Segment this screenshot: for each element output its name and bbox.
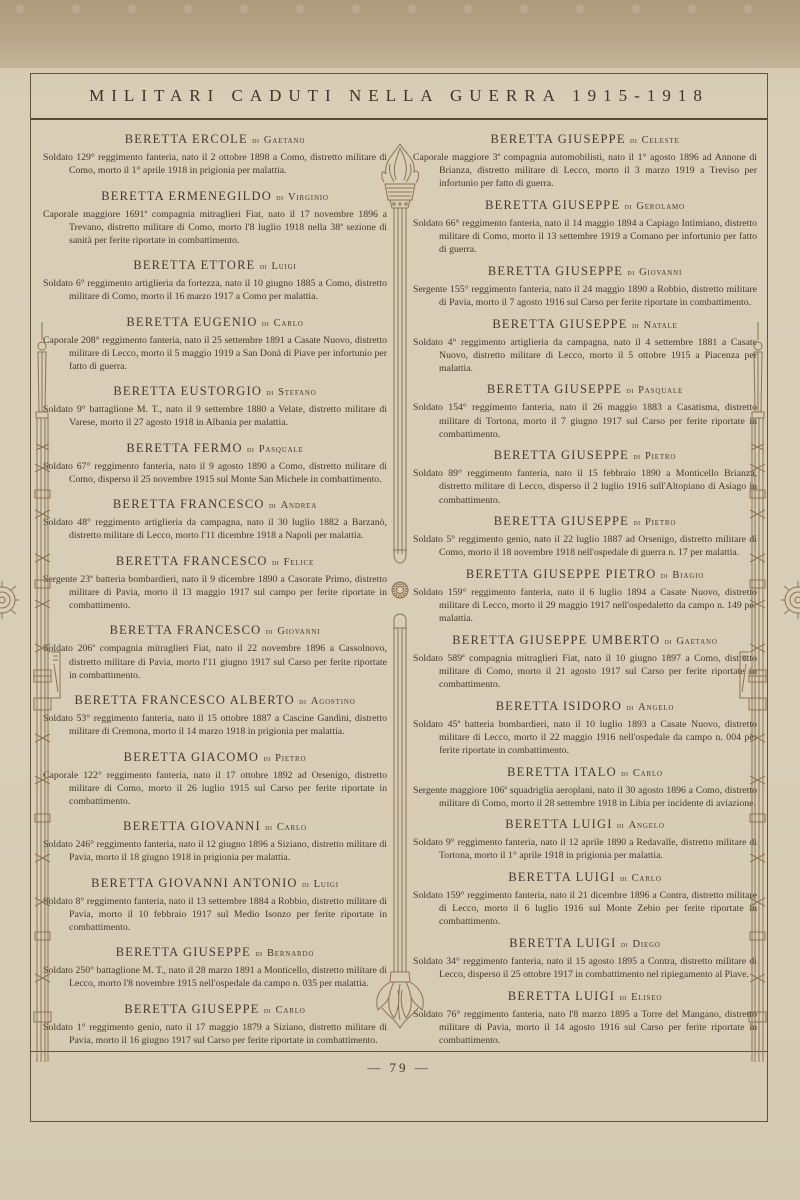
entry-di-connector: di [255,948,262,958]
entry-name: BERETTA ERMENEGILDO [101,189,272,203]
entry-name: BERETTA FERMO [126,441,242,455]
entry-di-connector: di [247,444,254,454]
emboss-texture [0,2,800,16]
entry-heading: BERETTA LUIGI di Angelo [413,817,757,832]
entry-body-text: Soldato 67° reggimento fanteria, nato il… [43,460,387,486]
entry-body-text: Soldato 89° reggimento fanteria, nato il… [413,467,757,506]
entry-di-connector: di [276,192,283,202]
column-left: BERETTA ERCOLE di Gaetano Soldato 129° r… [43,132,387,1047]
entry-name: BERETTA FRANCESCO [113,497,265,511]
casualty-entry: BERETTA ERMENEGILDO di Virginio Caporale… [43,189,387,247]
entry-father-name: Eliseo [631,992,662,1003]
casualty-entry: BERETTA GIOVANNI ANTONIO di Luigi Soldat… [43,876,387,934]
entry-di-connector: di [626,385,633,395]
casualty-entry: BERETTA LUIGI di Eliseo Soldato 76° regg… [413,989,757,1047]
entry-name: BERETTA GIACOMO [124,750,259,764]
entry-body-text: Soldato 48° reggimento artiglieria da ca… [43,516,387,542]
entry-heading: BERETTA LUIGI di Diego [413,936,757,951]
casualty-entry: BERETTA GIUSEPPE di Pasquale Soldato 154… [413,382,757,440]
entry-heading: BERETTA ETTORE di Luigi [43,258,387,273]
page-title: MILITARI CADUTI NELLA GUERRA 1915-1918 [89,86,709,106]
entry-name: BERETTA GIOVANNI [123,819,261,833]
entry-name: BERETTA GIOVANNI ANTONIO [91,876,298,890]
entry-heading: BERETTA GIUSEPPE di Natale [413,317,757,332]
entry-heading: BERETTA ISIDORO di Angelo [413,699,757,714]
casualty-entry: BERETTA EUSTORGIO di Stefano Soldato 9° … [43,384,387,429]
entry-body-text: Soldato 66° reggimento fanteria, nato il… [413,217,757,256]
footer-band: — 79 — [31,1051,767,1084]
entry-body-text: Caporale maggiore 1691ª compagnia mitrag… [43,208,387,247]
masthead: MILITARI CADUTI NELLA GUERRA 1915-1918 [31,74,767,120]
entry-father-name: Gerolamo [636,201,685,212]
entry-body-text: Soldato 154° reggimento fanteria, nato i… [413,401,757,440]
entry-body-text: Soldato 8° reggimento fanteria, nato il … [43,895,387,934]
entry-father-name: Pietro [275,753,306,764]
entry-body-text: Soldato 250° battaglione M. T., nato il … [43,964,387,990]
casualty-entry: BERETTA GIOVANNI di Carlo Soldato 246° r… [43,819,387,864]
entry-father-name: Gaetano [676,636,717,647]
entry-di-connector: di [625,201,632,211]
entry-name: BERETTA GIUSEPPE [124,1002,259,1016]
entry-di-connector: di [265,822,272,832]
entry-body-text: Soldato 589ª compagnia mitraglieri Fiat,… [413,652,757,691]
entry-name: BERETTA ISIDORO [496,699,622,713]
entry-name: BERETTA EUSTORGIO [113,384,262,398]
casualty-entry: BERETTA GIUSEPPE PIETRO di Biagio Soldat… [413,567,757,625]
entry-heading: BERETTA ERMENEGILDO di Virginio [43,189,387,204]
entry-heading: BERETTA GIUSEPPE di Gerolamo [413,198,757,213]
column-right: BERETTA GIUSEPPE di Celeste Caporale mag… [413,132,757,1047]
entry-di-connector: di [626,702,633,712]
rosette-left-icon [0,580,20,620]
entry-name: BERETTA GIUSEPPE [116,945,251,959]
entry-heading: BERETTA GIUSEPPE di Pietro [413,448,757,463]
casualty-entry: BERETTA FRANCESCO di Giovanni Soldato 20… [43,623,387,681]
entry-di-connector: di [272,557,279,567]
entry-di-connector: di [264,1005,271,1015]
entry-di-connector: di [627,267,634,277]
entry-body-text: Soldato 76° reggimento fanteria, nato l'… [413,1008,757,1047]
entry-name: BERETTA FRANCESCO ALBERTO [74,693,294,707]
entry-father-name: Carlo [276,1005,306,1016]
entry-body-text: Soldato 206ª compagnia mitraglieri Fiat,… [43,642,387,681]
casualty-entry: BERETTA EUGENIO di Carlo Caporale 208° r… [43,315,387,373]
casualty-entry: BERETTA FERMO di Pasquale Soldato 67° re… [43,441,387,486]
entry-father-name: Angelo [638,702,674,713]
entry-di-connector: di [302,879,309,889]
entry-di-connector: di [262,318,269,328]
entry-name: BERETTA ITALO [507,765,617,779]
entry-body-text: Soldato 246° reggimento fanteria, nato i… [43,838,387,864]
entry-name: BERETTA ERCOLE [125,132,248,146]
entry-heading: BERETTA GIUSEPPE di Giovanni [413,264,757,279]
casualty-entry: BERETTA FRANCESCO ALBERTO di Agostino So… [43,693,387,738]
page-number: — 79 — [367,1060,431,1076]
entry-name: BERETTA GIUSEPPE [490,132,625,146]
entry-heading: BERETTA FRANCESCO di Giovanni [43,623,387,638]
entry-heading: BERETTA GIACOMO di Pietro [43,750,387,765]
casualty-entry: BERETTA GIUSEPPE di Celeste Caporale mag… [413,132,757,190]
entry-father-name: Luigi [314,879,339,890]
entry-heading: BERETTA GIUSEPPE di Celeste [413,132,757,147]
entry-di-connector: di [633,517,640,527]
entry-di-connector: di [266,626,273,636]
entry-heading: BERETTA GIUSEPPE PIETRO di Biagio [413,567,757,582]
entry-father-name: Celeste [642,135,680,146]
entry-heading: BERETTA FRANCESCO di Andrea [43,497,387,512]
entry-name: BERETTA GIUSEPPE PIETRO [466,567,657,581]
entry-father-name: Carlo [633,768,663,779]
entry-di-connector: di [263,753,270,763]
entry-body-text: Soldato 4° reggimento artiglieria da cam… [413,336,757,375]
casualty-entry: BERETTA GIUSEPPE di Pietro Soldato 89° r… [413,448,757,506]
entry-father-name: Giovanni [639,267,682,278]
entry-body-text: Caporale 122° reggimento fanteria, nato … [43,769,387,808]
entry-father-name: Carlo [632,873,662,884]
entry-body-text: Soldato 9° battaglione M. T., nato il 9 … [43,403,387,429]
entry-father-name: Andrea [281,500,318,511]
casualty-entry: BERETTA GIUSEPPE di Gerolamo Soldato 66°… [413,198,757,256]
entry-body-text: Sergente maggiore 106ª squadriglia aerop… [413,784,757,810]
casualty-entry: BERETTA GIUSEPPE di Carlo Soldato 1° reg… [43,1002,387,1047]
casualty-entry: BERETTA GIUSEPPE di Natale Soldato 4° re… [413,317,757,375]
page-frame: MILITARI CADUTI NELLA GUERRA 1915-1918 B… [30,73,768,1122]
entry-body-text: Caporale maggiore 3ª compagnia automobil… [413,151,757,190]
entry-father-name: Angelo [629,820,665,831]
entry-heading: BERETTA GIUSEPPE UMBERTO di Gaetano [413,633,757,648]
entry-di-connector: di [665,636,672,646]
entry-di-connector: di [621,768,628,778]
entry-di-connector: di [252,135,259,145]
entry-heading: BERETTA LUIGI di Eliseo [413,989,757,1004]
entry-father-name: Felice [284,557,314,568]
entry-father-name: Agostino [311,696,356,707]
entry-di-connector: di [269,500,276,510]
entry-body-text: Sergente 23ª batteria bombardieri, nato … [43,573,387,612]
entry-father-name: Gaetano [264,135,305,146]
entry-father-name: Biagio [672,570,704,581]
entry-heading: BERETTA FRANCESCO ALBERTO di Agostino [43,693,387,708]
casualty-entry: BERETTA GIUSEPPE di Bernardo Soldato 250… [43,945,387,990]
photo-backing-strip [0,0,800,68]
entry-body-text: Soldato 129° reggimento fanteria, nato i… [43,151,387,177]
casualty-entry: BERETTA LUIGI di Diego Soldato 34° reggi… [413,936,757,981]
entry-name: BERETTA GIUSEPPE [487,382,622,396]
casualty-entry: BERETTA LUIGI di Angelo Soldato 9° reggi… [413,817,757,862]
entry-di-connector: di [630,135,637,145]
entry-body-text: Soldato 159° reggimento fanteria, nato i… [413,889,757,928]
entry-name: BERETTA GIUSEPPE [488,264,623,278]
entry-father-name: Stefano [278,387,317,398]
entry-name: BERETTA LUIGI [505,817,612,831]
entry-name: BERETTA GIUSEPPE UMBERTO [452,633,660,647]
casualty-entry: BERETTA ISIDORO di Angelo Soldato 45ª ba… [413,699,757,757]
entry-di-connector: di [633,451,640,461]
entry-name: BERETTA GIUSEPPE [485,198,620,212]
entry-name: BERETTA GIUSEPPE [492,317,627,331]
entry-name: BERETTA ETTORE [133,258,255,272]
entry-heading: BERETTA GIUSEPPE di Carlo [43,1002,387,1017]
entry-name: BERETTA LUIGI [508,870,615,884]
entry-name: BERETTA LUIGI [508,989,615,1003]
entry-body-text: Caporale 208° reggimento fanteria, nato … [43,334,387,373]
entry-father-name: Carlo [274,318,304,329]
entry-heading: BERETTA GIOVANNI ANTONIO di Luigi [43,876,387,891]
entry-body-text: Soldato 45ª batteria bombardieri, nato i… [413,718,757,757]
entry-father-name: Pasquale [259,444,304,455]
entry-di-connector: di [620,873,627,883]
entry-body-text: Sergente 155° reggimento fanteria, nato … [413,283,757,309]
entry-father-name: Carlo [277,822,307,833]
entry-father-name: Giovanni [277,626,320,637]
casualty-entry: BERETTA FRANCESCO di Andrea Soldato 48° … [43,497,387,542]
entry-name: BERETTA FRANCESCO [110,623,262,637]
entry-name: BERETTA FRANCESCO [116,554,268,568]
entry-di-connector: di [299,696,306,706]
entry-di-connector: di [621,939,628,949]
casualty-entry: BERETTA ETTORE di Luigi Soldato 6° reggi… [43,258,387,303]
entry-di-connector: di [266,387,273,397]
entry-heading: BERETTA FERMO di Pasquale [43,441,387,456]
casualty-entry: BERETTA GIUSEPPE di Pietro Soldato 5° re… [413,514,757,559]
entry-father-name: Virginio [288,192,329,203]
entry-heading: BERETTA EUGENIO di Carlo [43,315,387,330]
entry-name: BERETTA EUGENIO [126,315,257,329]
entry-father-name: Bernardo [267,948,314,959]
entry-heading: BERETTA GIUSEPPE di Pietro [413,514,757,529]
casualty-entry: BERETTA GIUSEPPE di Giovanni Sergente 15… [413,264,757,309]
entry-heading: BERETTA GIOVANNI di Carlo [43,819,387,834]
entry-heading: BERETTA GIUSEPPE di Pasquale [413,382,757,397]
entry-body-text: Soldato 9° reggimento fanteria, nato il … [413,836,757,862]
casualty-entry: BERETTA ERCOLE di Gaetano Soldato 129° r… [43,132,387,177]
entry-name: BERETTA LUIGI [509,936,616,950]
entry-heading: BERETTA GIUSEPPE di Bernardo [43,945,387,960]
entry-name: BERETTA GIUSEPPE [494,514,629,528]
entry-father-name: Pietro [645,517,676,528]
entry-body-text: Soldato 6° reggimento artiglieria da for… [43,277,387,303]
entry-di-connector: di [632,320,639,330]
casualty-entry: BERETTA GIUSEPPE UMBERTO di Gaetano Sold… [413,633,757,691]
entry-di-connector: di [619,992,626,1002]
entry-father-name: Natale [644,320,678,331]
entry-di-connector: di [617,820,624,830]
casualty-entry: BERETTA FRANCESCO di Felice Sergente 23ª… [43,554,387,612]
rosette-right-icon [780,580,800,620]
entry-di-connector: di [661,570,668,580]
entry-name: BERETTA GIUSEPPE [494,448,629,462]
casualty-entry: BERETTA ITALO di Carlo Sergente maggiore… [413,765,757,810]
entry-di-connector: di [260,261,267,271]
entry-body-text: Soldato 5° reggimento genio, nato il 22 … [413,533,757,559]
entry-body-text: Soldato 159° reggimento fanteria, nato i… [413,586,757,625]
entry-father-name: Pietro [645,451,676,462]
entry-heading: BERETTA ITALO di Carlo [413,765,757,780]
entry-body-text: Soldato 53° reggimento fanteria, nato il… [43,712,387,738]
entry-father-name: Pasquale [638,385,683,396]
page-content: BERETTA ERCOLE di Gaetano Soldato 129° r… [31,120,767,1051]
entry-heading: BERETTA ERCOLE di Gaetano [43,132,387,147]
entry-heading: BERETTA LUIGI di Carlo [413,870,757,885]
entry-heading: BERETTA FRANCESCO di Felice [43,554,387,569]
entry-heading: BERETTA EUSTORGIO di Stefano [43,384,387,399]
entry-father-name: Diego [632,939,660,950]
casualty-entry: BERETTA LUIGI di Carlo Soldato 159° regg… [413,870,757,928]
entry-body-text: Soldato 34° reggimento fanteria, nato il… [413,955,757,981]
entry-body-text: Soldato 1° reggimento genio, nato il 17 … [43,1021,387,1047]
casualty-entry: BERETTA GIACOMO di Pietro Caporale 122° … [43,750,387,808]
entry-father-name: Luigi [271,261,296,272]
